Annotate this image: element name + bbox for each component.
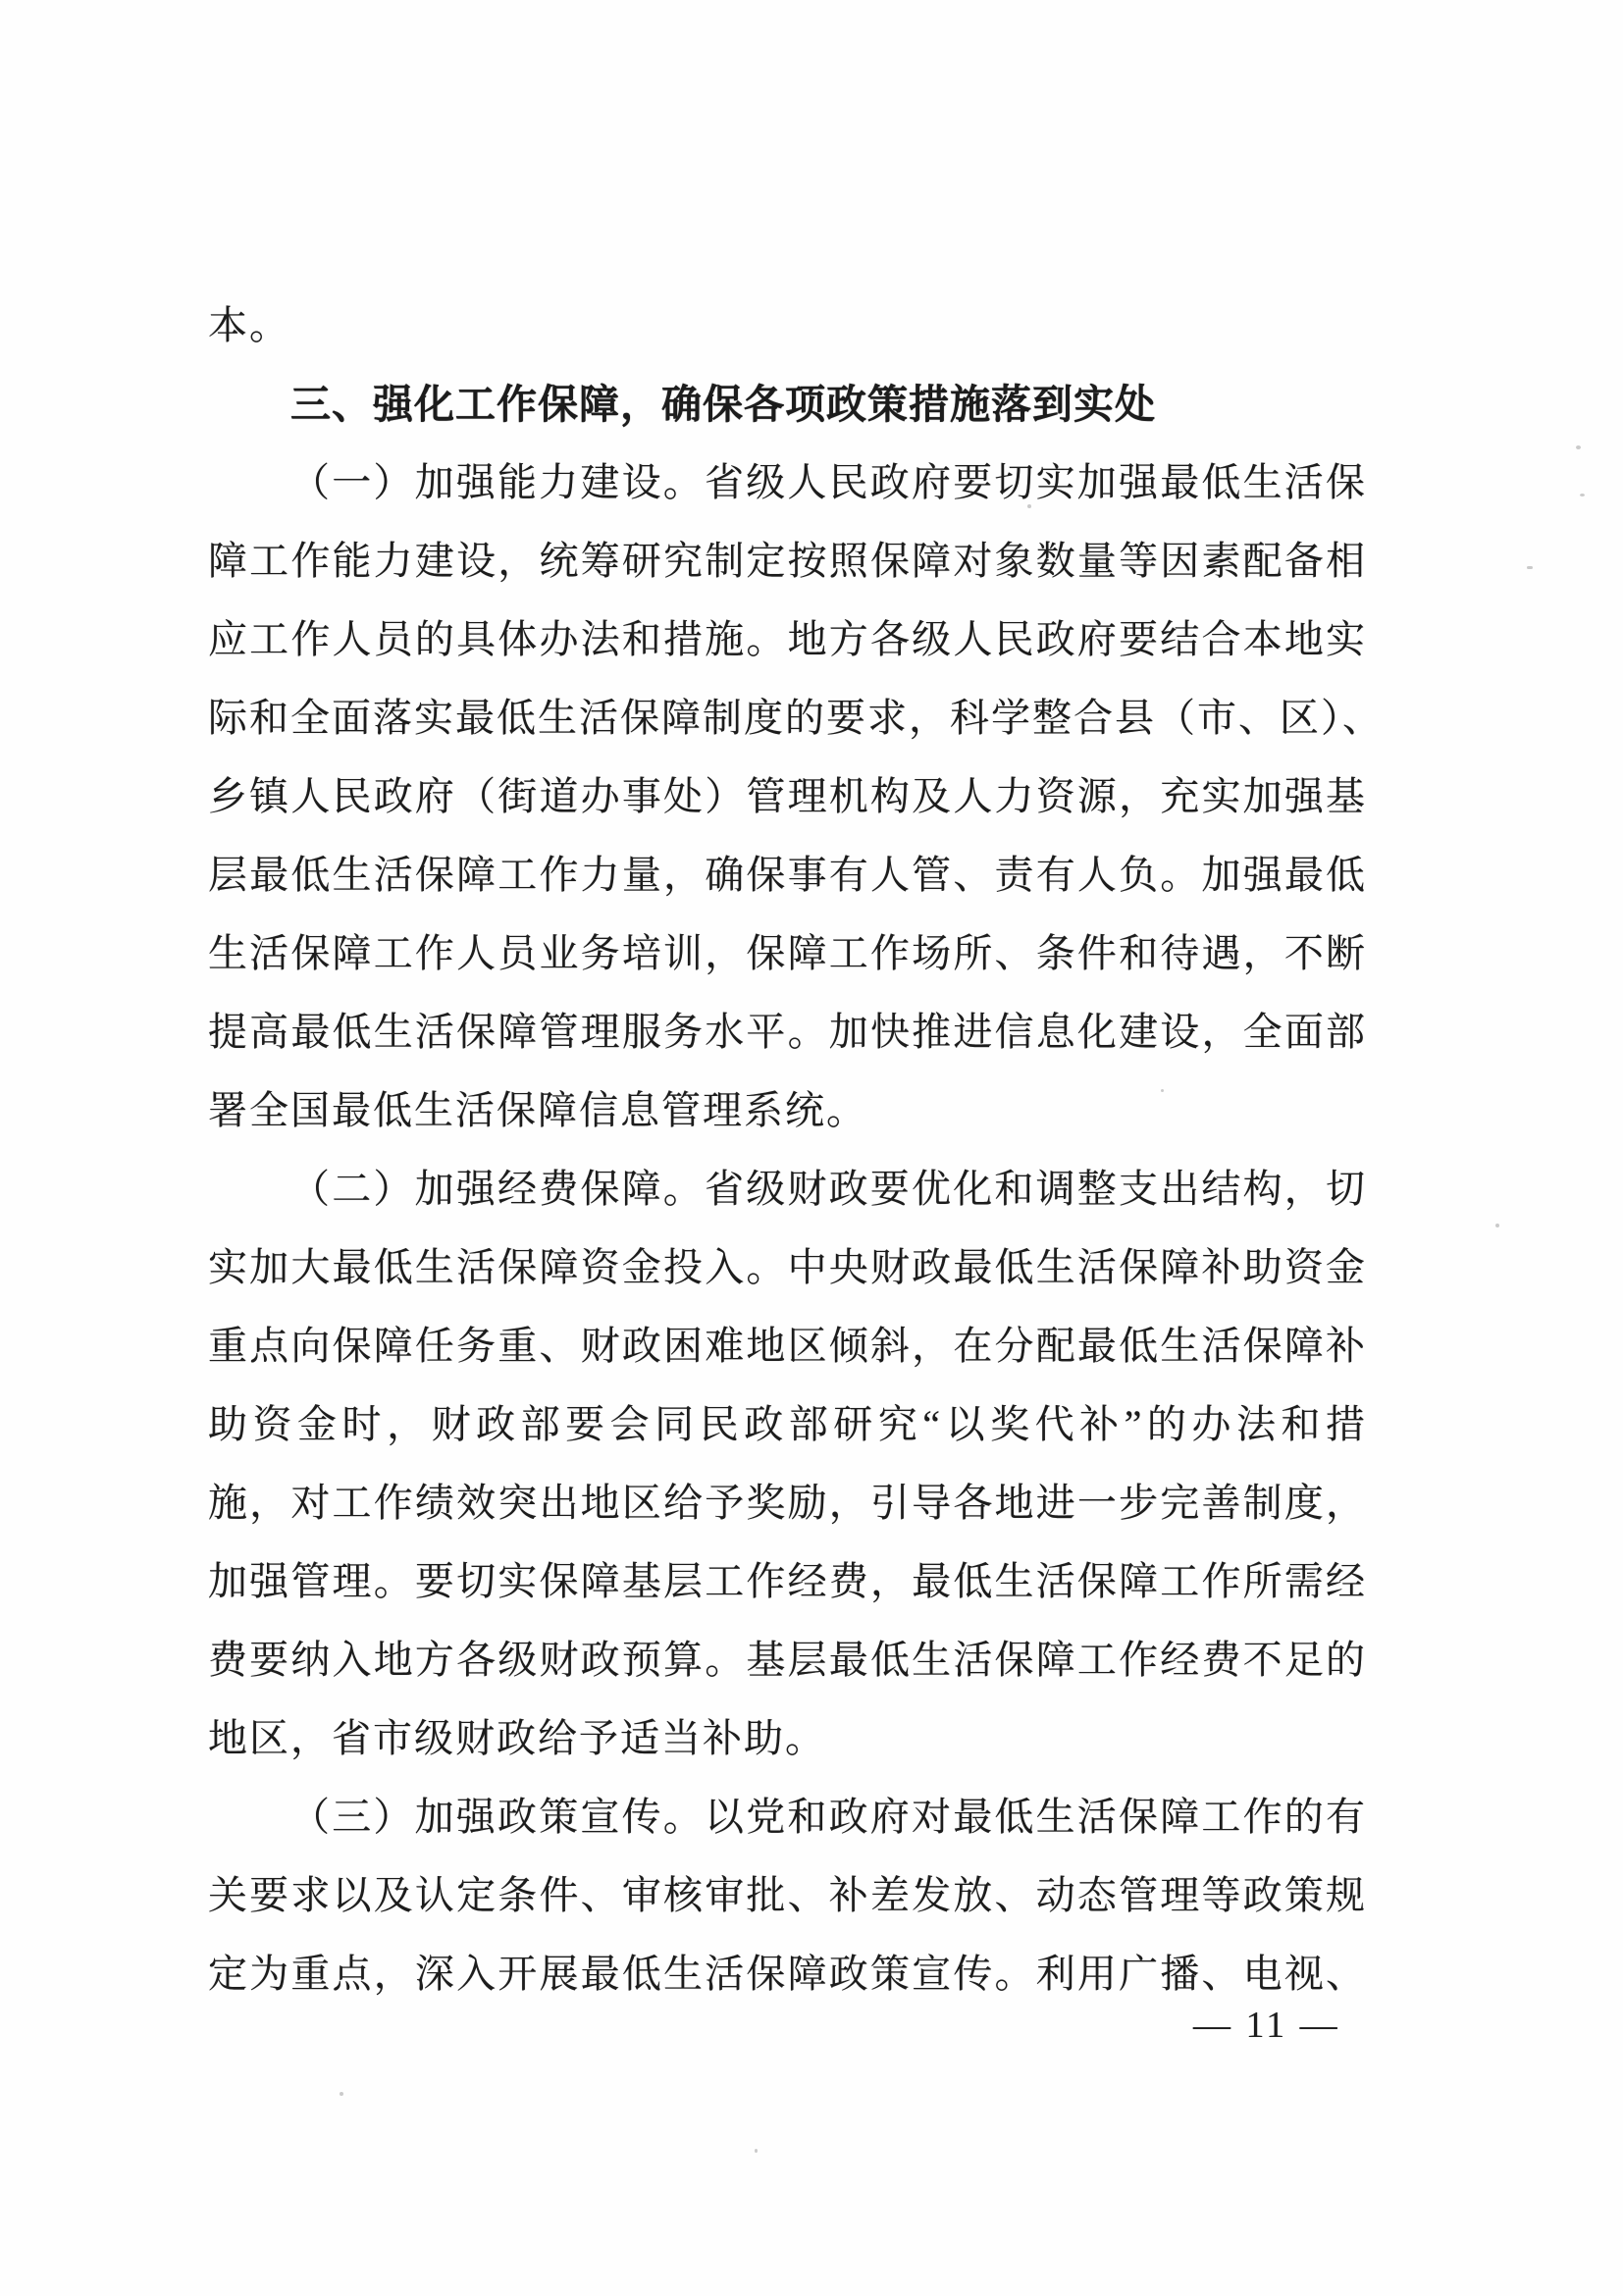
section-heading: 三、强化工作保障，确保各项政策措施落到实处 (208, 365, 1367, 444)
scan-speck (1161, 1089, 1164, 1092)
scan-speck (755, 2149, 758, 2153)
continuation-line: 本。 (208, 287, 1367, 365)
paragraph-1-line: 生活保障工作人员业务培训，保障工作场所、条件和待遇，不断 (208, 914, 1367, 993)
paragraph-2-line: 费要纳入地方各级财政预算。基层最低生活保障工作经费不足的 (208, 1621, 1367, 1699)
paragraph-1-line: 提高最低生活保障管理服务水平。加快推进信息化建设，全面部 (208, 993, 1367, 1071)
scan-speck (1576, 445, 1581, 449)
paragraph-1-line: 层最低生活保障工作力量，确保事有人管、责有人负。加强最低 (208, 836, 1367, 914)
paragraph-2-line: 助资金时，财政部要会同民政部研究“以奖代补”的办法和措 (208, 1385, 1367, 1464)
paragraph-2-line: 重点向保障任务重、财政困难地区倾斜，在分配最低生活保障补 (208, 1307, 1367, 1385)
scanned-document-page: 本。 三、强化工作保障，确保各项政策措施落到实处 （一）加强能力建设。省级人民政… (0, 0, 1623, 2296)
paragraph-3-line: 关要求以及认定条件、审核审批、补差发放、动态管理等政策规 (208, 1856, 1367, 1935)
scan-speck (340, 2092, 343, 2096)
paragraph-1-line: 乡镇人民政府（街道办事处）管理机构及人力资源，充实加强基 (208, 757, 1367, 836)
paragraph-2-line: 施，对工作绩效突出地区给予奖励，引导各地进一步完善制度， (208, 1464, 1367, 1542)
paragraph-2-line: 加强管理。要切实保障基层工作经费，最低生活保障工作所需经 (208, 1542, 1367, 1621)
page-number: — 11 — (1193, 2000, 1340, 2051)
paragraph-2-line: 地区，省市级财政给予适当补助。 (208, 1699, 1367, 1778)
paragraph-1-line: 署全国最低生活保障信息管理系统。 (208, 1071, 1367, 1150)
paragraph-2-line: 实加大最低生活保障资金投入。中央财政最低生活保障补助资金 (208, 1228, 1367, 1307)
scan-speck (1580, 494, 1585, 496)
paragraph-1-line: 障工作能力建设，统筹研究制定按照保障对象数量等因素配备相 (208, 522, 1367, 600)
paragraph-3-line: （三）加强政策宣传。以党和政府对最低生活保障工作的有 (208, 1778, 1367, 1856)
paragraph-1-line: （一）加强能力建设。省级人民政府要切实加强最低生活保 (208, 444, 1367, 522)
paragraph-1-line: 际和全面落实最低生活保障制度的要求，科学整合县（市、区）、 (208, 679, 1367, 757)
paragraph-2-line: （二）加强经费保障。省级财政要优化和调整支出结构，切 (208, 1150, 1367, 1228)
document-body: 本。 三、强化工作保障，确保各项政策措施落到实处 （一）加强能力建设。省级人民政… (208, 287, 1367, 2013)
scan-speck (1027, 504, 1031, 508)
paragraph-1-line: 应工作人员的具体办法和措施。地方各级人民政府要结合本地实 (208, 600, 1367, 679)
scan-speck (1495, 1224, 1499, 1227)
scan-speck (1527, 566, 1533, 569)
